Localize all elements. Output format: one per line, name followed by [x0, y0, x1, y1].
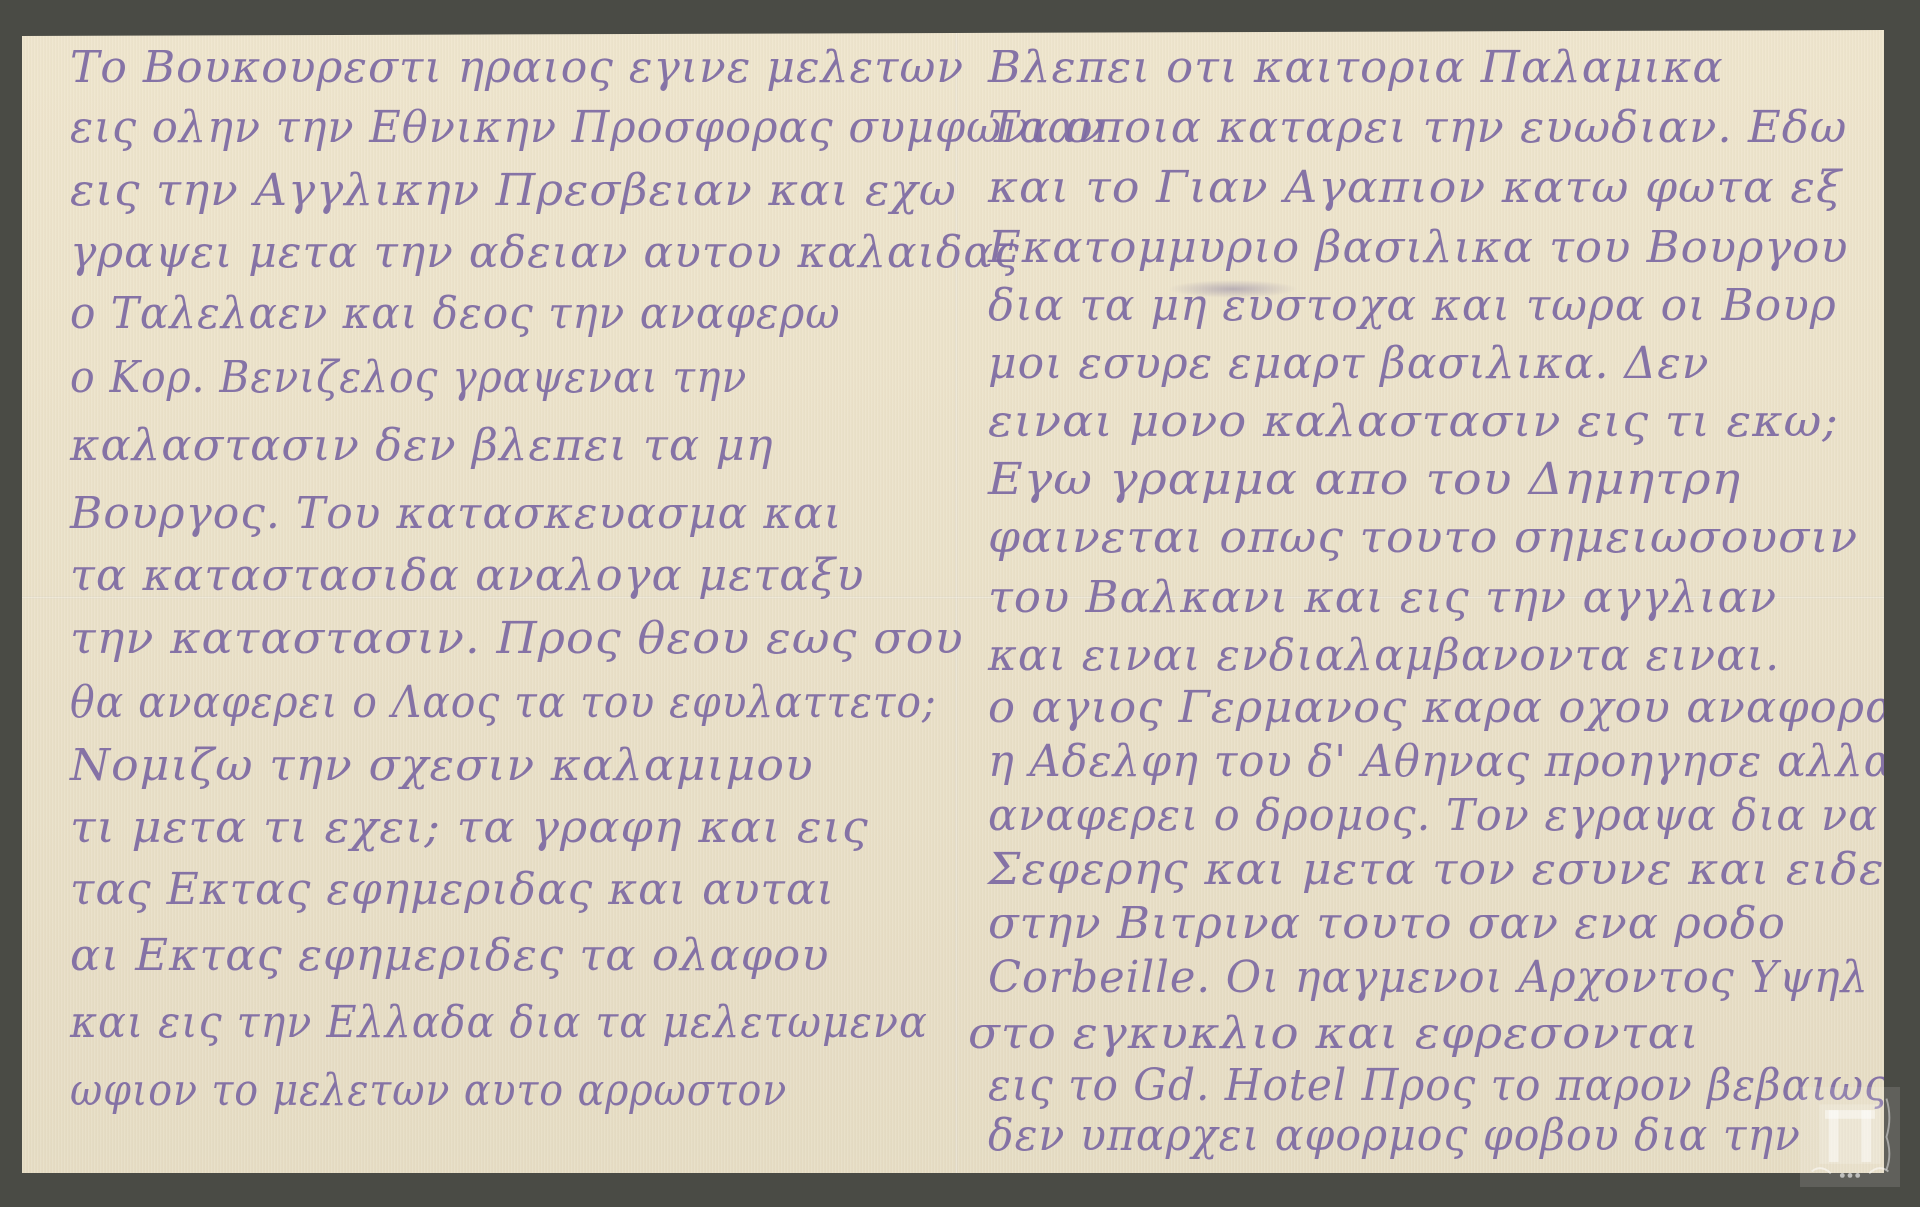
- left-page: Το Βουκουρεστι ηραιος εγινε μελετων εις …: [22, 30, 955, 1173]
- handwritten-line: φαινεται οπως τουτο σημειωσουσιν: [988, 512, 1858, 563]
- handwritten-line: και εις την Ελλαδα δια τα μελετωμενα: [70, 997, 928, 1048]
- handwritten-line: τα καταστασιδα αναλογα μεταξυ: [70, 550, 865, 601]
- handwritten-line: και το Γιαν Αγαπιον κατω φωτα εξ: [988, 162, 1842, 213]
- handwritten-line: ο Ταλελαεν και δεος την αναφερω: [70, 288, 841, 339]
- handwritten-line: ωφιον το μελετων αυτο αρρωστον: [70, 1065, 787, 1116]
- handwritten-line: Νομιζω την σχεσιν καλαμιμου: [70, 740, 814, 791]
- handwritten-line: τι μετα τι εχει; τα γραφη και εις: [70, 802, 869, 853]
- handwritten-line: Σεφερης και μετα τον εσυνε και ειδεν: [988, 844, 1913, 895]
- letter-sheet: Το Βουκουρεστι ηραιος εγινε μελετων εις …: [22, 30, 1884, 1173]
- handwritten-line: και ειναι ενδιαλαμβανοντα ειναι.: [988, 630, 1780, 681]
- handwritten-line: Εγω γραμμα απο του Δημητρη: [988, 454, 1741, 505]
- handwritten-line: δεν υπαρχει αφορμος φοβου δια την: [988, 1110, 1801, 1161]
- handwritten-line: εις την Αγγλικην Πρεσβειαν και εχω: [70, 165, 957, 216]
- handwritten-line: ο Κορ. Βενιζελος γραψεναι την: [70, 352, 747, 403]
- archive-watermark: [1800, 1087, 1900, 1187]
- handwritten-line: γραψει μετα την αδειαν αυτου καλαιδας: [70, 227, 1020, 278]
- ink-smudge: [1168, 280, 1298, 298]
- handwritten-line: την καταστασιν. Προς θεου εως σου: [70, 613, 964, 664]
- handwritten-line: Το Βουκουρεστι ηραιος εγινε μελετων: [70, 42, 964, 93]
- handwritten-line: εις ολην την Εθνικην Προσφορας συμφωνιαν: [70, 102, 1105, 153]
- document-viewer: Το Βουκουρεστι ηραιος εγινε μελετων εις …: [0, 0, 1920, 1207]
- handwritten-line: του Βαλκανι και εις την αγγλιαν: [988, 572, 1777, 623]
- handwritten-line: ο αγιος Γερμανος καρα οχου αναφορα: [988, 682, 1896, 733]
- handwritten-line: εις το Gd. Hotel Προς το παρον βεβαιως: [988, 1060, 1889, 1111]
- handwritten-line: Corbeille. Οι ηαγμενοι Αρχοντος Υψηλ: [988, 952, 1869, 1003]
- handwritten-line: Βουργος. Του κατασκευασμα και: [70, 488, 842, 539]
- handwritten-line: αι Εκτας εφημεριδες τα ολαφου: [70, 930, 830, 981]
- handwritten-line: Βλεπει οτι καιτορια Παλαμικα: [988, 42, 1724, 93]
- handwritten-line: η Αδελφη του δ' Αθηνας προηγησε αλλα: [988, 736, 1894, 787]
- handwritten-line: ειναι μονο καλαστασιν εις τι εκω;: [988, 396, 1839, 447]
- handwritten-line: Εκατομμυριο βασιλικα του Βουργου: [988, 222, 1849, 273]
- handwritten-line: στην Βιτρινα τουτο σαν ενα ροδο: [988, 898, 1786, 949]
- right-page: Βλεπει οτι καιτορια Παλαμικα Τα οποια κα…: [958, 30, 1884, 1173]
- handwritten-line: καλαστασιν δεν βλεπει τα μη: [70, 420, 774, 471]
- handwritten-line: μοι εσυρε εμαρτ βασιλικα. Δεν: [988, 338, 1710, 389]
- handwritten-line: θα αναφερει ο Λαος τα του εφυλαττετο;: [70, 677, 937, 728]
- handwritten-line: στο εγκυκλιο και εφρεσονται: [968, 1008, 1700, 1059]
- handwritten-line: αναφερει ο δρομος. Τον εγραψα δια να: [988, 790, 1878, 841]
- handwritten-line: δια τα μη ευστοχα και τωρα οι Βουρ: [988, 280, 1837, 331]
- handwritten-line: Τα οποια καταρει την ευωδιαν. Εδω: [988, 102, 1847, 153]
- handwritten-line: τας Εκτας εφημεριδας και αυται: [70, 864, 835, 915]
- archive-logo-icon: [1802, 1089, 1898, 1185]
